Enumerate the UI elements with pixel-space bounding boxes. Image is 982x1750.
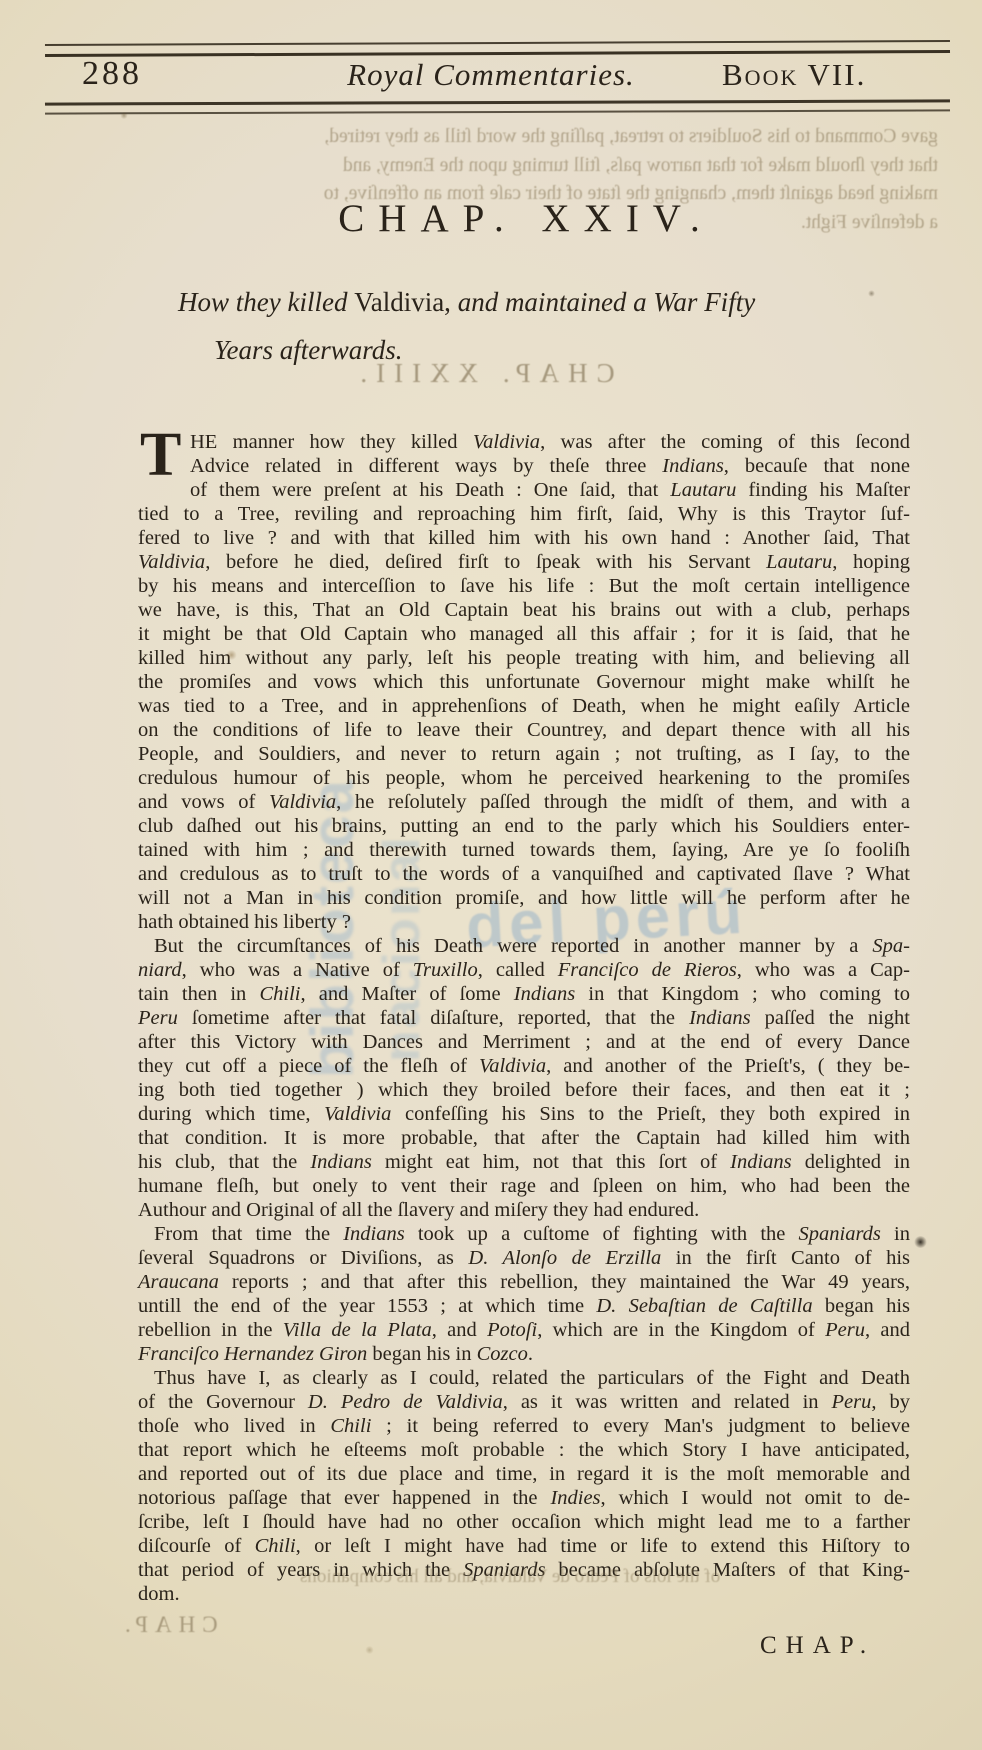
text-line: HE manner how they killed Valdivia, was … [138,430,910,454]
emphasized-text: Valdivia [269,791,336,813]
text-run: tied to a Tree, reviling and reproaching… [138,503,910,525]
text-run: Authour and Original of all the ſlavery … [138,1199,699,1221]
text-run: paſſed the night [751,1007,910,1029]
text-line: on the conditions of life to leave their… [138,718,910,742]
text-line: Thus have I, as clearly as I could, rela… [138,1366,910,1390]
text-line: after this Victory with Dances and Merri… [138,1030,910,1054]
text-line: Peru ſometime after that fatal diſaſture… [138,1006,910,1030]
emphasized-text: Indians [514,983,576,1005]
text-run: killed him without any parly, leſt his p… [138,647,910,669]
text-line: Franciſco Hernandez Giron began his in C… [138,1342,910,1366]
text-run: , which I would not omit to de- [601,1487,910,1509]
emphasized-text: Valdivia [138,551,205,573]
text-line: niard, who was a Native of Truxillo, cal… [138,958,910,982]
text-run: Thus have I, as clearly as I could, rela… [154,1367,910,1389]
text-run: , or leſt I might have had time or life … [296,1535,910,1557]
text-run: , who was a Native of [182,959,413,981]
emphasized-text: Potoſi [487,1319,537,1341]
emphasized-text: Indians [662,455,724,477]
text-run: , who was a Cap- [737,959,910,981]
text-run: we have, is this, That an Old Captain be… [138,599,910,621]
text-run: ſometime after that fatal diſaſture, rep… [178,1007,689,1029]
text-line: tied to a Tree, reviling and reproaching… [138,502,910,526]
text-line: But the circumſtances of his Death were … [138,934,910,958]
emphasized-text: Peru [138,1007,178,1029]
text-run: in [881,1223,910,1245]
text-run: ing both tied together ) which they broi… [138,1079,910,1101]
emphasized-text: Spaniards [799,1223,881,1245]
text-run: it might be that Old Captain who managed… [138,623,910,645]
emphasized-text: Peru [832,1391,872,1413]
text-run: his club, that the [138,1151,310,1173]
bleed-through-text-line: of the loſs of Pedro de Valdivia, and al… [300,1566,720,1588]
text-line: it might be that Old Captain who managed… [138,622,910,646]
text-run: by his means and interceſſion to ſave hi… [138,575,910,597]
text-run: they cut off a piece of the fleſh of [138,1055,479,1077]
text-line: ing both tied together ) which they broi… [138,1078,910,1102]
text-run: ſeveral Squadrons or Diviſions, as [138,1247,468,1269]
emphasized-text: Indians [730,1151,792,1173]
text-run: rebellion in the [138,1319,283,1341]
text-line: and reported out of its due place and ti… [138,1462,910,1486]
text-line: we have, is this, That an Old Captain be… [138,598,910,622]
text-run: untill the end of the year 1553 ; at whi… [138,1295,596,1317]
text-run: began his [813,1295,910,1317]
emphasized-text: Chili [259,983,300,1005]
text-line: of them were preſent at his Death : One … [138,478,910,502]
text-line: and vows of Valdivia, he reſolutely paſſ… [138,790,910,814]
text-line: his club, that the Indians might eat him… [138,1150,910,1174]
scanned-book-page: { "page": { "header": { "page_number": "… [0,0,982,1750]
text-line: rebellion in the Villa de la Plata, and … [138,1318,910,1342]
text-run: , and another of the Prieſt's, ( they be… [546,1055,910,1077]
text-line: credulous humour of his people, whom he … [138,766,910,790]
text-line: by his means and interceſſion to ſave hi… [138,574,910,598]
text-line: People, and Souldiers, and never to retu… [138,742,910,766]
text-run: tained with him ; and therewith turned t… [138,839,910,861]
text-run: hath obtained his liberty ? [138,911,351,933]
text-run: and reported out of its due place and ti… [138,1463,910,1485]
emphasized-text: Villa de la Plata [283,1319,432,1341]
text-run: that report which he eſteems moſt probab… [138,1439,910,1461]
text-line: thoſe who lived in Chili ; it being refe… [138,1414,910,1438]
emphasized-text: Valdivia [324,1103,391,1125]
header-top-rule [45,40,950,57]
text-run: , and [432,1319,487,1341]
emphasized-text: Indians [310,1151,372,1173]
text-run: confeſſing his Sins to the Prieſt, they … [391,1103,910,1125]
text-run: of them were preſent at his Death : One … [190,479,670,501]
emphasized-text: Cozco [477,1343,528,1365]
text-run: might eat him, not that this ſort of [372,1151,730,1173]
text-line: and credulous as to truſt to the words o… [138,862,910,886]
text-run: began his in [367,1343,476,1365]
text-run: dom. [138,1583,180,1605]
text-run: tain then in [138,983,259,1005]
emphasized-text: Peru [825,1319,865,1341]
chapter-heading: CHAP. XXIV. [28,196,982,241]
text-line: Authour and Original of all the ſlavery … [138,1198,910,1222]
header-bottom-rule [45,99,950,114]
text-line: diſcourſe of Chili, or leſt I might have… [138,1534,910,1558]
text-line: they cut off a piece of the fleſh of Val… [138,1054,910,1078]
text-run: finding his Maſter [736,479,910,501]
text-run: , as it was written and related in [503,1391,832,1413]
text-run: in that Kingdom ; who coming to [575,983,910,1005]
text-run: humane fleſh, but onely to vent their ra… [138,1175,910,1197]
emphasized-text: niard [138,959,182,981]
text-line: notorious paſſage that ever happened in … [138,1486,910,1510]
text-run: , becauſe that none [724,455,910,477]
text-run: reports ; and that after this rebellion,… [219,1271,910,1293]
text-run: fered to live ? and with that killed him… [138,527,910,549]
argument-line: How they killed Valdivia, and maintained… [178,278,928,326]
emphasized-text: Lautaru [766,551,832,573]
ink-blot [914,1236,927,1248]
text-line: Advice related in different ways by theſ… [138,454,910,478]
text-line: ſcribe, leſt I ſhould have had no other … [138,1510,910,1534]
text-run: thoſe who lived in [138,1415,330,1437]
text-run: People, and Souldiers, and never to retu… [138,743,910,765]
text-run: club daſhed out his brains, putting an e… [138,815,910,837]
text-run: was tied to a Tree, and in apprehenſions… [138,695,910,717]
text-line: that report which he eſteems moſt probab… [138,1438,910,1462]
text-line: Valdivia, before he died, deſired firſt … [138,550,910,574]
text-run: How they killed [178,287,354,317]
paragraph: But the circumſtances of his Death were … [138,934,910,1222]
text-run: of the Governour [138,1391,308,1413]
text-line: From that time the Indians took up a cuſ… [138,1222,910,1246]
emphasized-text: Valdivia, [354,287,451,317]
bleed-through-catchword: CHAP. [118,1612,218,1638]
text-run: , he reſolutely paſſed through the midſt… [336,791,910,813]
text-line: was tied to a Tree, and in apprehenſions… [138,694,910,718]
text-line: the promiſes and vows which this unfortu… [138,670,910,694]
drop-cap: T [140,433,182,479]
text-run: , and [865,1319,910,1341]
text-line: humane fleſh, but onely to vent their ra… [138,1174,910,1198]
text-line: hath obtained his liberty ? [138,910,910,934]
text-run: took up a cuſtome of fighting with the [405,1223,799,1245]
emphasized-text: Franciſco Hernandez Giron [138,1343,367,1365]
emphasized-text: D. Alonſo de Erzilla [468,1247,661,1269]
text-line: will not a Man in his condition promiſe,… [138,886,910,910]
paragraph: From that time the Indians took up a cuſ… [138,1222,910,1366]
emphasized-text: Valdivia [473,431,540,453]
emphasized-text: Indians [689,1007,751,1029]
emphasized-text: Valdivia [479,1055,546,1077]
emphasized-text: Lautaru [670,479,736,501]
text-run: after this Victory with Dances and Merri… [138,1031,910,1053]
text-line: tain then in Chili, and Maſter of ſome I… [138,982,910,1006]
text-run: the promiſes and vows which this unfortu… [138,671,910,693]
emphasized-text: Spa- [872,935,910,957]
text-run: Advice related in different ways by theſ… [190,455,662,477]
text-run: , by [871,1391,910,1413]
emphasized-text: Chili [330,1415,371,1437]
text-run: and credulous as to truſt to the words o… [138,863,910,885]
emphasized-text: Franciſco de Rieros [558,959,737,981]
text-run: , called [478,959,558,981]
text-run: , and Maſter of ſome [301,983,514,1005]
text-line: killed him without any parly, leſt his p… [138,646,910,670]
text-run: From that time the [154,1223,343,1245]
text-run: and maintained a War Fifty [451,287,755,317]
bleed-through-line: gave Command to his Souldiers to retreat… [62,123,938,152]
bleed-through-line: that they ſhould make for that narrow pa… [62,152,938,181]
text-run: diſcourſe of [138,1535,255,1557]
text-line: tained with him ; and therewith turned t… [138,838,910,862]
emphasized-text: Indies [550,1487,600,1509]
text-run: delighted in [792,1151,910,1173]
text-run: during which time, [138,1103,324,1125]
text-run: that condition. It is more probable, tha… [138,1127,910,1149]
body-text: THE manner how they killed Valdivia, was… [138,430,910,1606]
text-run: ; it being referred to every Man's judgm… [371,1415,910,1437]
text-run: , before he died, deſired firſt to ſpeak… [205,551,766,573]
text-run: credulous humour of his people, whom he … [138,767,910,789]
emphasized-text: D. Sebaſtian de Caſtilla [596,1295,812,1317]
text-line: that condition. It is more probable, tha… [138,1126,910,1150]
text-run: and vows of [138,791,269,813]
text-run: ſcribe, leſt I ſhould have had no other … [138,1511,910,1533]
emphasized-text: D. Pedro de Valdivia [308,1391,503,1413]
catchword: CHAP. [760,1632,875,1660]
emphasized-text: Araucana [138,1271,219,1293]
emphasized-text: Chili [255,1535,296,1557]
text-run: , which are in the Kingdom of [537,1319,825,1341]
paper-stain [365,1646,374,1654]
text-line: ſeveral Squadrons or Diviſions, as D. Al… [138,1246,910,1270]
text-run: HE manner how they killed [190,431,473,453]
text-run: in the firſt Canto of his [661,1247,910,1269]
text-run: will not a Man in his condition promiſe,… [138,887,910,909]
text-line: of the Governour D. Pedro de Valdivia, a… [138,1390,910,1414]
bleed-through-chapter-heading: CHAP. XXIII. [318,358,648,389]
paragraph: THE manner how they killed Valdivia, was… [138,430,910,934]
text-run: on the conditions of life to leave their… [138,719,910,741]
text-line: untill the end of the year 1553 ; at whi… [138,1294,910,1318]
emphasized-text: Truxillo [413,959,478,981]
text-run: . [528,1343,533,1365]
text-line: club daſhed out his brains, putting an e… [138,814,910,838]
text-line: fered to live ? and with that killed him… [138,526,910,550]
text-run: notorious paſſage that ever happened in … [138,1487,550,1509]
text-line: Araucana reports ; and that after this r… [138,1270,910,1294]
emphasized-text: Indians [343,1223,405,1245]
text-run: , was after the coming of this ſecond [540,431,910,453]
text-run: , hoping [832,551,910,573]
text-run: But the circumſtances of his Death were … [154,935,872,957]
book-number-label: Book VII. [722,57,866,93]
text-line: during which time, Valdivia confeſſing h… [138,1102,910,1126]
